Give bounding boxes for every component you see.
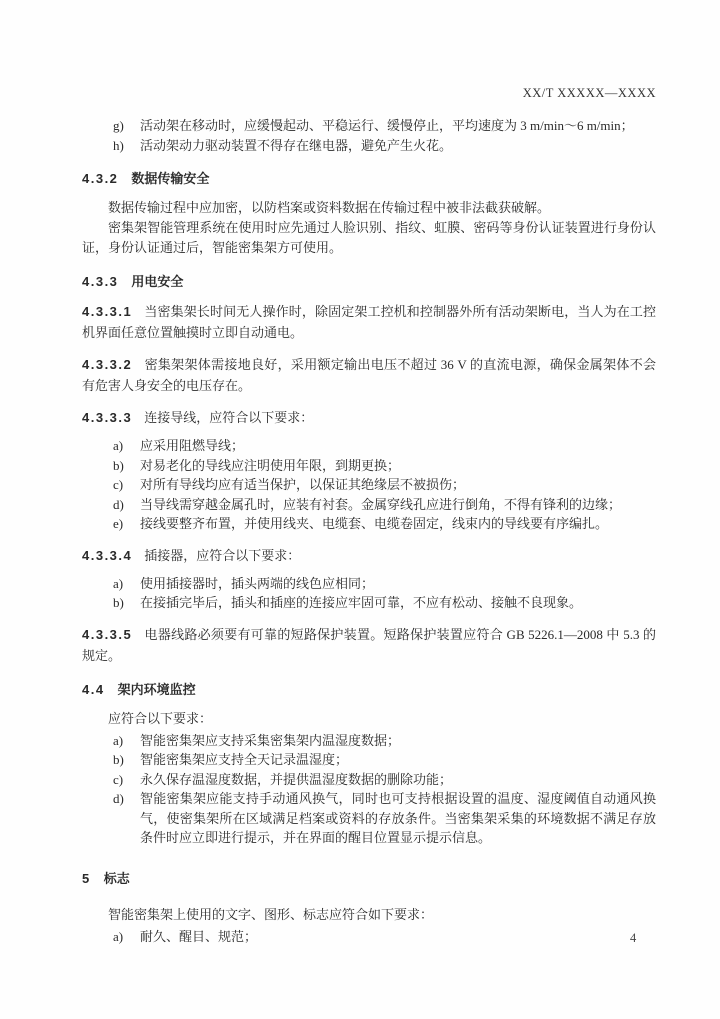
list-item-text: 接线要整齐布置，并使用线夹、电缆套、电缆卷固定，线束内的导线要有序编扎。	[140, 514, 656, 534]
list-5: a) 耐久、醒目、规范；	[82, 927, 656, 947]
clause-number: 4.3.3.1	[82, 304, 132, 319]
list-item-text: 永久保存温湿度数据，并提供温湿度数据的删除功能；	[140, 770, 656, 790]
list-item-label: a)	[113, 731, 140, 751]
paragraph: 数据传输过程中应加密，以防档案或资料数据在传输过程中被非法截获破解。	[82, 198, 656, 218]
clause-4-3-3-2: 4.3.3.2密集架架体需接地良好，采用额定输出电压不超过 36 V 的直流电源…	[82, 354, 656, 396]
clause-heading-4-4: 4.4架内环境监控	[82, 681, 656, 698]
list-item: h) 活动架动力驱动装置不得存在继电器，避免产生火花。	[113, 136, 656, 156]
list-item-label: d)	[113, 789, 140, 848]
list-item-label: a)	[113, 436, 140, 456]
clause-title: 用电安全	[131, 274, 183, 289]
clause-text: 当密集架长时间无人操作时，除固定架工控机和控制器外所有活动架断电，当人为在工控机…	[82, 304, 656, 340]
clause-4-3-3-4: 4.3.3.4插接器，应符合以下要求：	[82, 545, 656, 566]
list-item-label: e)	[113, 514, 140, 534]
header-doc-code: XX/T XXXXX—XXXX	[82, 86, 656, 101]
clause-4-3-3-3: 4.3.3.3连接导线，应符合以下要求：	[82, 407, 656, 428]
list-item: a) 应采用阻燃导线；	[113, 436, 656, 456]
intro-paragraph: 智能密集架上使用的文字、图形、标志应符合如下要求：	[82, 905, 656, 925]
list-item-label: b)	[113, 456, 140, 476]
list-4-3-3-4: a) 使用插接器时，插头两端的线色应相同； b) 在接插完毕后，插头和插座的连接…	[82, 574, 656, 613]
list-item-label: b)	[113, 750, 140, 770]
paragraph-group: 数据传输过程中应加密，以防档案或资料数据在传输过程中被非法截获破解。 密集架智能…	[82, 198, 656, 258]
list-item-label: h)	[113, 136, 140, 156]
clause-heading-4-3-3: 4.3.3用电安全	[82, 273, 656, 290]
list-item: d) 智能密集架应能支持手动通风换气，同时也可支持根据设置的温度、湿度阈值自动通…	[113, 789, 656, 848]
list-item-label: a)	[113, 574, 140, 594]
list-item-label: b)	[113, 593, 140, 613]
section-number: 5	[82, 871, 91, 886]
list-item: a) 智能密集架应支持采集密集架内温湿度数据；	[113, 731, 656, 751]
clause-number: 4.4	[82, 682, 105, 697]
list-item-label: c)	[113, 475, 140, 495]
list-item-label: a)	[113, 927, 140, 947]
list-item-text: 在接插完毕后，插头和插座的连接应牢固可靠，不应有松动、接触不良现象。	[140, 593, 656, 613]
list-item: g) 活动架在移动时，应缓慢起动、平稳运行、缓慢停止，平均速度为 3 m/min…	[113, 116, 656, 136]
list-item-text: 对易老化的导线应注明使用年限，到期更换；	[140, 456, 656, 476]
list-item: a) 耐久、醒目、规范；	[113, 927, 656, 947]
clause-4-3-3-5: 4.3.3.5电器线路必须要有可靠的短路保护装置。短路保护装置应符合 GB 52…	[82, 624, 656, 666]
clause-heading-4-3-2: 4.3.2数据传输安全	[82, 170, 656, 187]
clause-title: 数据传输安全	[131, 171, 209, 186]
list-item-text: 当导线需穿越金属孔时，应装有衬套。金属穿线孔应进行倒角，不得有锋利的边缘；	[140, 495, 656, 515]
clause-number: 4.3.3.3	[82, 410, 132, 425]
list-4-4: a) 智能密集架应支持采集密集架内温湿度数据； b) 智能密集架应支持全天记录温…	[82, 731, 656, 848]
section-title: 标志	[104, 871, 130, 886]
clause-text: 电器线路必须要有可靠的短路保护装置。短路保护装置应符合 GB 5226.1—20…	[82, 627, 656, 663]
list-item-label: d)	[113, 495, 140, 515]
list-item: a) 使用插接器时，插头两端的线色应相同；	[113, 574, 656, 594]
list-item: c) 对所有导线均应有适当保护，以保证其绝缘层不被损伤；	[113, 475, 656, 495]
clause-number: 4.3.3	[82, 274, 118, 289]
list-item: d) 当导线需穿越金属孔时，应装有衬套。金属穿线孔应进行倒角，不得有锋利的边缘；	[113, 495, 656, 515]
page-number: 4	[630, 931, 636, 946]
list-item-text: 智能密集架应支持采集密集架内温湿度数据；	[140, 731, 656, 751]
list-item: b) 对易老化的导线应注明使用年限，到期更换；	[113, 456, 656, 476]
list-item: e) 接线要整齐布置，并使用线夹、电缆套、电缆卷固定，线束内的导线要有序编扎。	[113, 514, 656, 534]
clause-number: 4.3.3.4	[82, 548, 132, 563]
clause-text: 插接器，应符合以下要求：	[144, 548, 300, 563]
list-item-text: 对所有导线均应有适当保护，以保证其绝缘层不被损伤；	[140, 475, 656, 495]
clause-text: 密集架架体需接地良好，采用额定输出电压不超过 36 V 的直流电源，确保金属架体…	[82, 357, 656, 393]
list-item: c) 永久保存温湿度数据，并提供温湿度数据的删除功能；	[113, 770, 656, 790]
intro-paragraph: 应符合以下要求：	[82, 709, 656, 729]
paragraph: 密集架智能管理系统在使用时应先通过人脸识别、指纹、虹膜、密码等身份认证装置进行身…	[82, 218, 656, 258]
clause-number: 4.3.3.2	[82, 357, 132, 372]
list-item: b) 在接插完毕后，插头和插座的连接应牢固可靠，不应有松动、接触不良现象。	[113, 593, 656, 613]
document-page: XX/T XXXXX—XXXX g) 活动架在移动时，应缓慢起动、平稳运行、缓慢…	[0, 0, 720, 1019]
list-item-text: 应采用阻燃导线；	[140, 436, 656, 456]
list-item-text: 活动架动力驱动装置不得存在继电器，避免产生火花。	[140, 136, 656, 156]
clause-number: 4.3.2	[82, 171, 118, 186]
page-content: XX/T XXXXX—XXXX g) 活动架在移动时，应缓慢起动、平稳运行、缓慢…	[82, 86, 656, 956]
list-4-3-3-3: a) 应采用阻燃导线； b) 对易老化的导线应注明使用年限，到期更换； c) 对…	[82, 436, 656, 534]
list-item-text: 耐久、醒目、规范；	[140, 927, 656, 947]
list-item-label: c)	[113, 770, 140, 790]
list-item: b) 智能密集架应支持全天记录温湿度；	[113, 750, 656, 770]
list-item-text: 活动架在移动时，应缓慢起动、平稳运行、缓慢停止，平均速度为 3 m/min～6 …	[140, 116, 656, 136]
clause-4-3-3-1: 4.3.3.1当密集架长时间无人操作时，除固定架工控机和控制器外所有活动架断电，…	[82, 301, 656, 343]
clause-title: 架内环境监控	[118, 682, 196, 697]
section-heading-5: 5标志	[82, 870, 656, 887]
list-item-text: 智能密集架应能支持手动通风换气，同时也可支持根据设置的温度、湿度阈值自动通风换气…	[140, 789, 656, 848]
list-item-text: 智能密集架应支持全天记录温湿度；	[140, 750, 656, 770]
clause-text: 连接导线，应符合以下要求：	[144, 410, 313, 425]
clause-number: 4.3.3.5	[82, 627, 132, 642]
list-item-label: g)	[113, 116, 140, 136]
list-g-h: g) 活动架在移动时，应缓慢起动、平稳运行、缓慢停止，平均速度为 3 m/min…	[82, 116, 656, 155]
list-item-text: 使用插接器时，插头两端的线色应相同；	[140, 574, 656, 594]
